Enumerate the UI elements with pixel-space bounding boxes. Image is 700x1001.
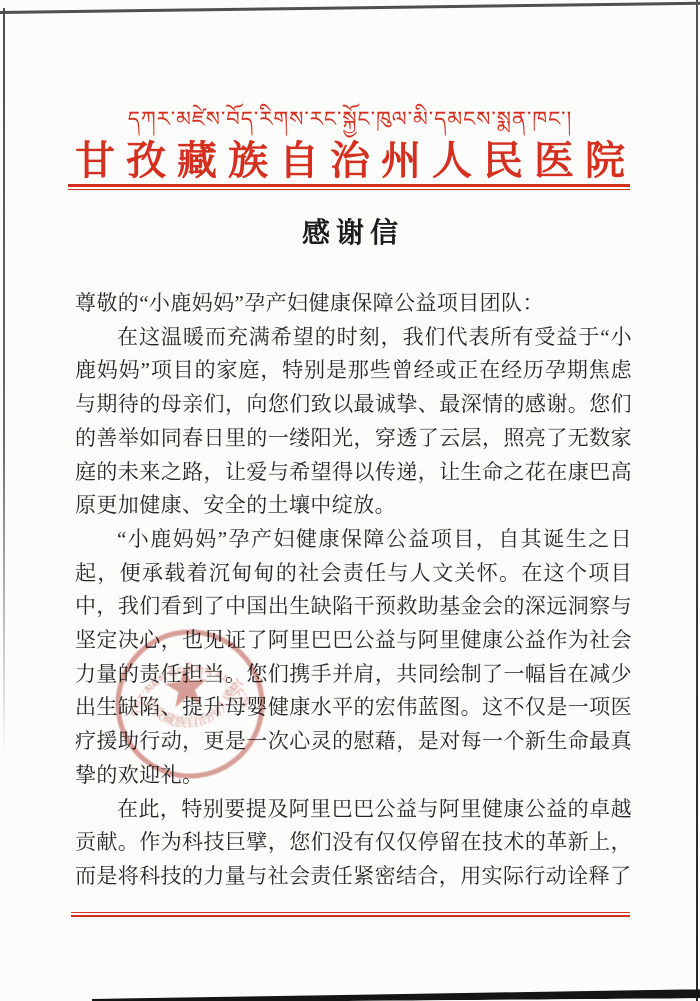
scanned-letter: དཀར་མཛེས་བོད་རིགས་རང་སྐྱོང་ཁུལ་མི་དམངས་ས… bbox=[0, 0, 700, 1001]
letterhead-rule bbox=[68, 184, 630, 190]
letter-body: 尊敬的“小鹿妈妈”孕产妇健康保障公益项目团队： 在这温暖而充满希望的时刻，我们代… bbox=[75, 287, 632, 894]
letter-paragraph: 在这温暖而充满希望的时刻，我们代表所有受益于“小鹿妈妈”项目的家庭，特别是那些曾… bbox=[75, 321, 632, 523]
official-red-seal-icon: དཀར་མཛེས་བོད་རིགས་རང་སྐྱོང་ཁུལ་ 甘孜藏族自治州人… bbox=[102, 616, 278, 792]
scan-edge-top bbox=[0, 2, 700, 14]
letter-paragraph: 在此，特别要提及阿里巴巴公益与阿里健康公益的卓越贡献。作为科技巨擘，您们没有仅仅… bbox=[75, 793, 632, 894]
letter-title: 感谢信 bbox=[0, 217, 700, 251]
scan-edge-bottom bbox=[92, 989, 700, 1001]
letterhead-tibetan-name: དཀར་མཛེས་བོད་རིགས་རང་སྐྱོང་ཁུལ་མི་དམངས་ས… bbox=[0, 99, 700, 139]
letterhead-hospital-name: 甘孜藏族自治州人民医院 bbox=[0, 138, 700, 184]
footer-rule bbox=[71, 912, 630, 917]
letter-salutation: 尊敬的“小鹿妈妈”孕产妇健康保障公益项目团队： bbox=[75, 287, 632, 321]
